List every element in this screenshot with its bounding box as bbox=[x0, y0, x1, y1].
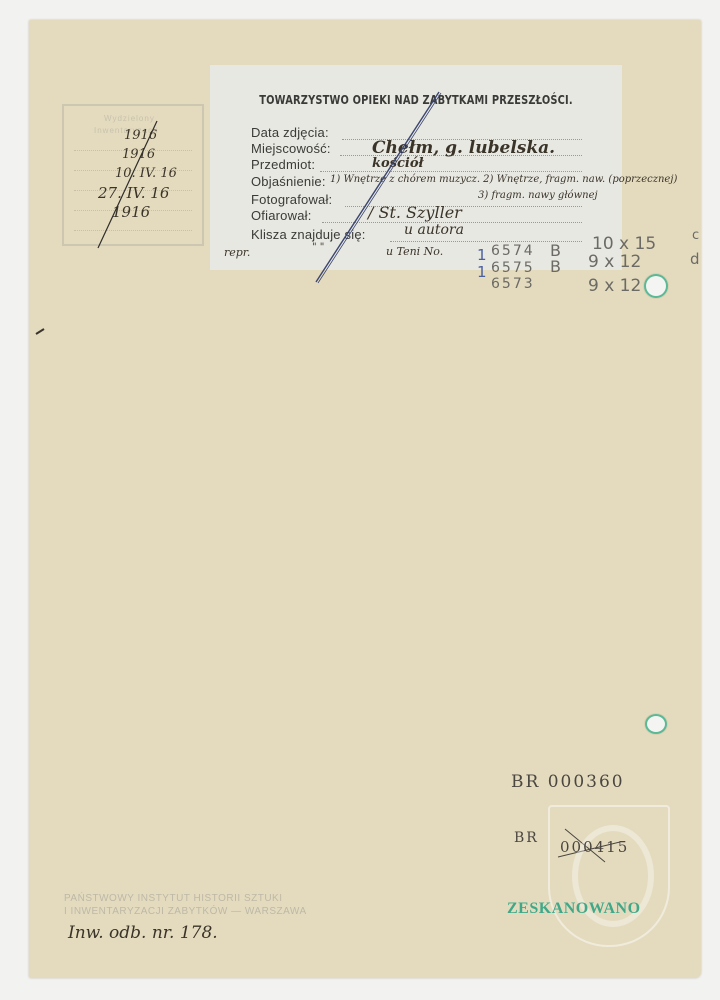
br-secondary-prefix: BR bbox=[514, 830, 539, 846]
institution-stamp-line-2: I INWENTARYZACJI ZABYTKÓW — WARSZAWA bbox=[64, 906, 307, 917]
watermark-emblem bbox=[548, 805, 670, 947]
handwritten-inventory-note: Inw. odb. nr. 178. bbox=[68, 923, 218, 943]
br-secondary-number: 000415 bbox=[560, 838, 629, 856]
br-primary-number: BR 000360 bbox=[511, 772, 625, 792]
scanned-stamp: ZESKANOWANO bbox=[507, 900, 641, 918]
institution-stamp-line-1: PAŃSTWOWY INSTYTUT HISTORII SZTUKI bbox=[64, 893, 283, 904]
